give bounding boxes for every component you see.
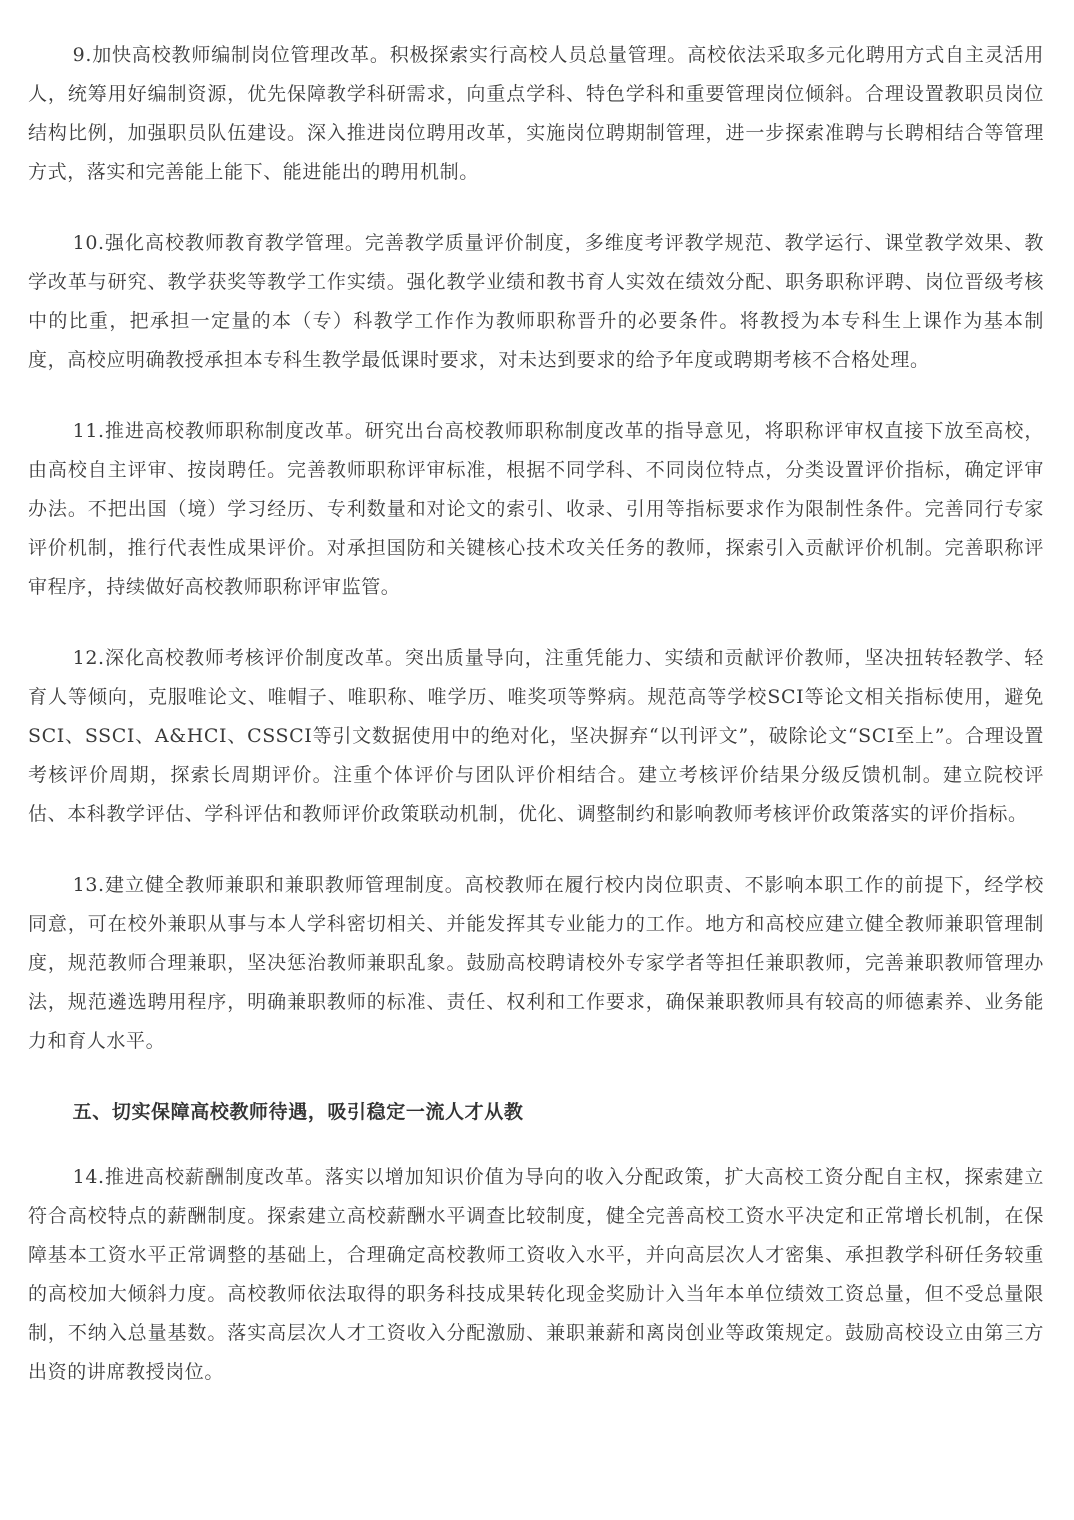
paragraph-gap	[28, 834, 1044, 866]
paragraph-14: 14.推进高校薪酬制度改革。落实以增加知识价值为导向的收入分配政策，扩大高校工资…	[28, 1158, 1044, 1392]
paragraph-gap	[28, 1061, 1044, 1093]
paragraph-12: 12.深化高校教师考核评价制度改革。突出质量导向，注重凭能力、实绩和贡献评价教师…	[28, 639, 1044, 834]
paragraph-11: 11.推进高校教师职称制度改革。研究出台高校教师职称制度改革的指导意见，将职称评…	[28, 412, 1044, 607]
paragraph-10: 10.强化高校教师教育教学管理。完善教学质量评价制度，多维度考评教学规范、教学运…	[28, 224, 1044, 380]
paragraph-13: 13.建立健全教师兼职和兼职教师管理制度。高校教师在履行校内岗位职责、不影响本职…	[28, 866, 1044, 1061]
paragraph-gap	[28, 380, 1044, 412]
paragraph-gap	[28, 192, 1044, 224]
document-page: 9.加快高校教师编制岗位管理改革。积极探索实行高校人员总量管理。高校依法采取多元…	[0, 0, 1074, 1520]
paragraph-gap	[28, 1132, 1044, 1158]
paragraph-gap	[28, 607, 1044, 639]
section-heading: 五、切实保障高校教师待遇，吸引稳定一流人才从教	[28, 1093, 1044, 1132]
paragraph-9: 9.加快高校教师编制岗位管理改革。积极探索实行高校人员总量管理。高校依法采取多元…	[28, 36, 1044, 192]
